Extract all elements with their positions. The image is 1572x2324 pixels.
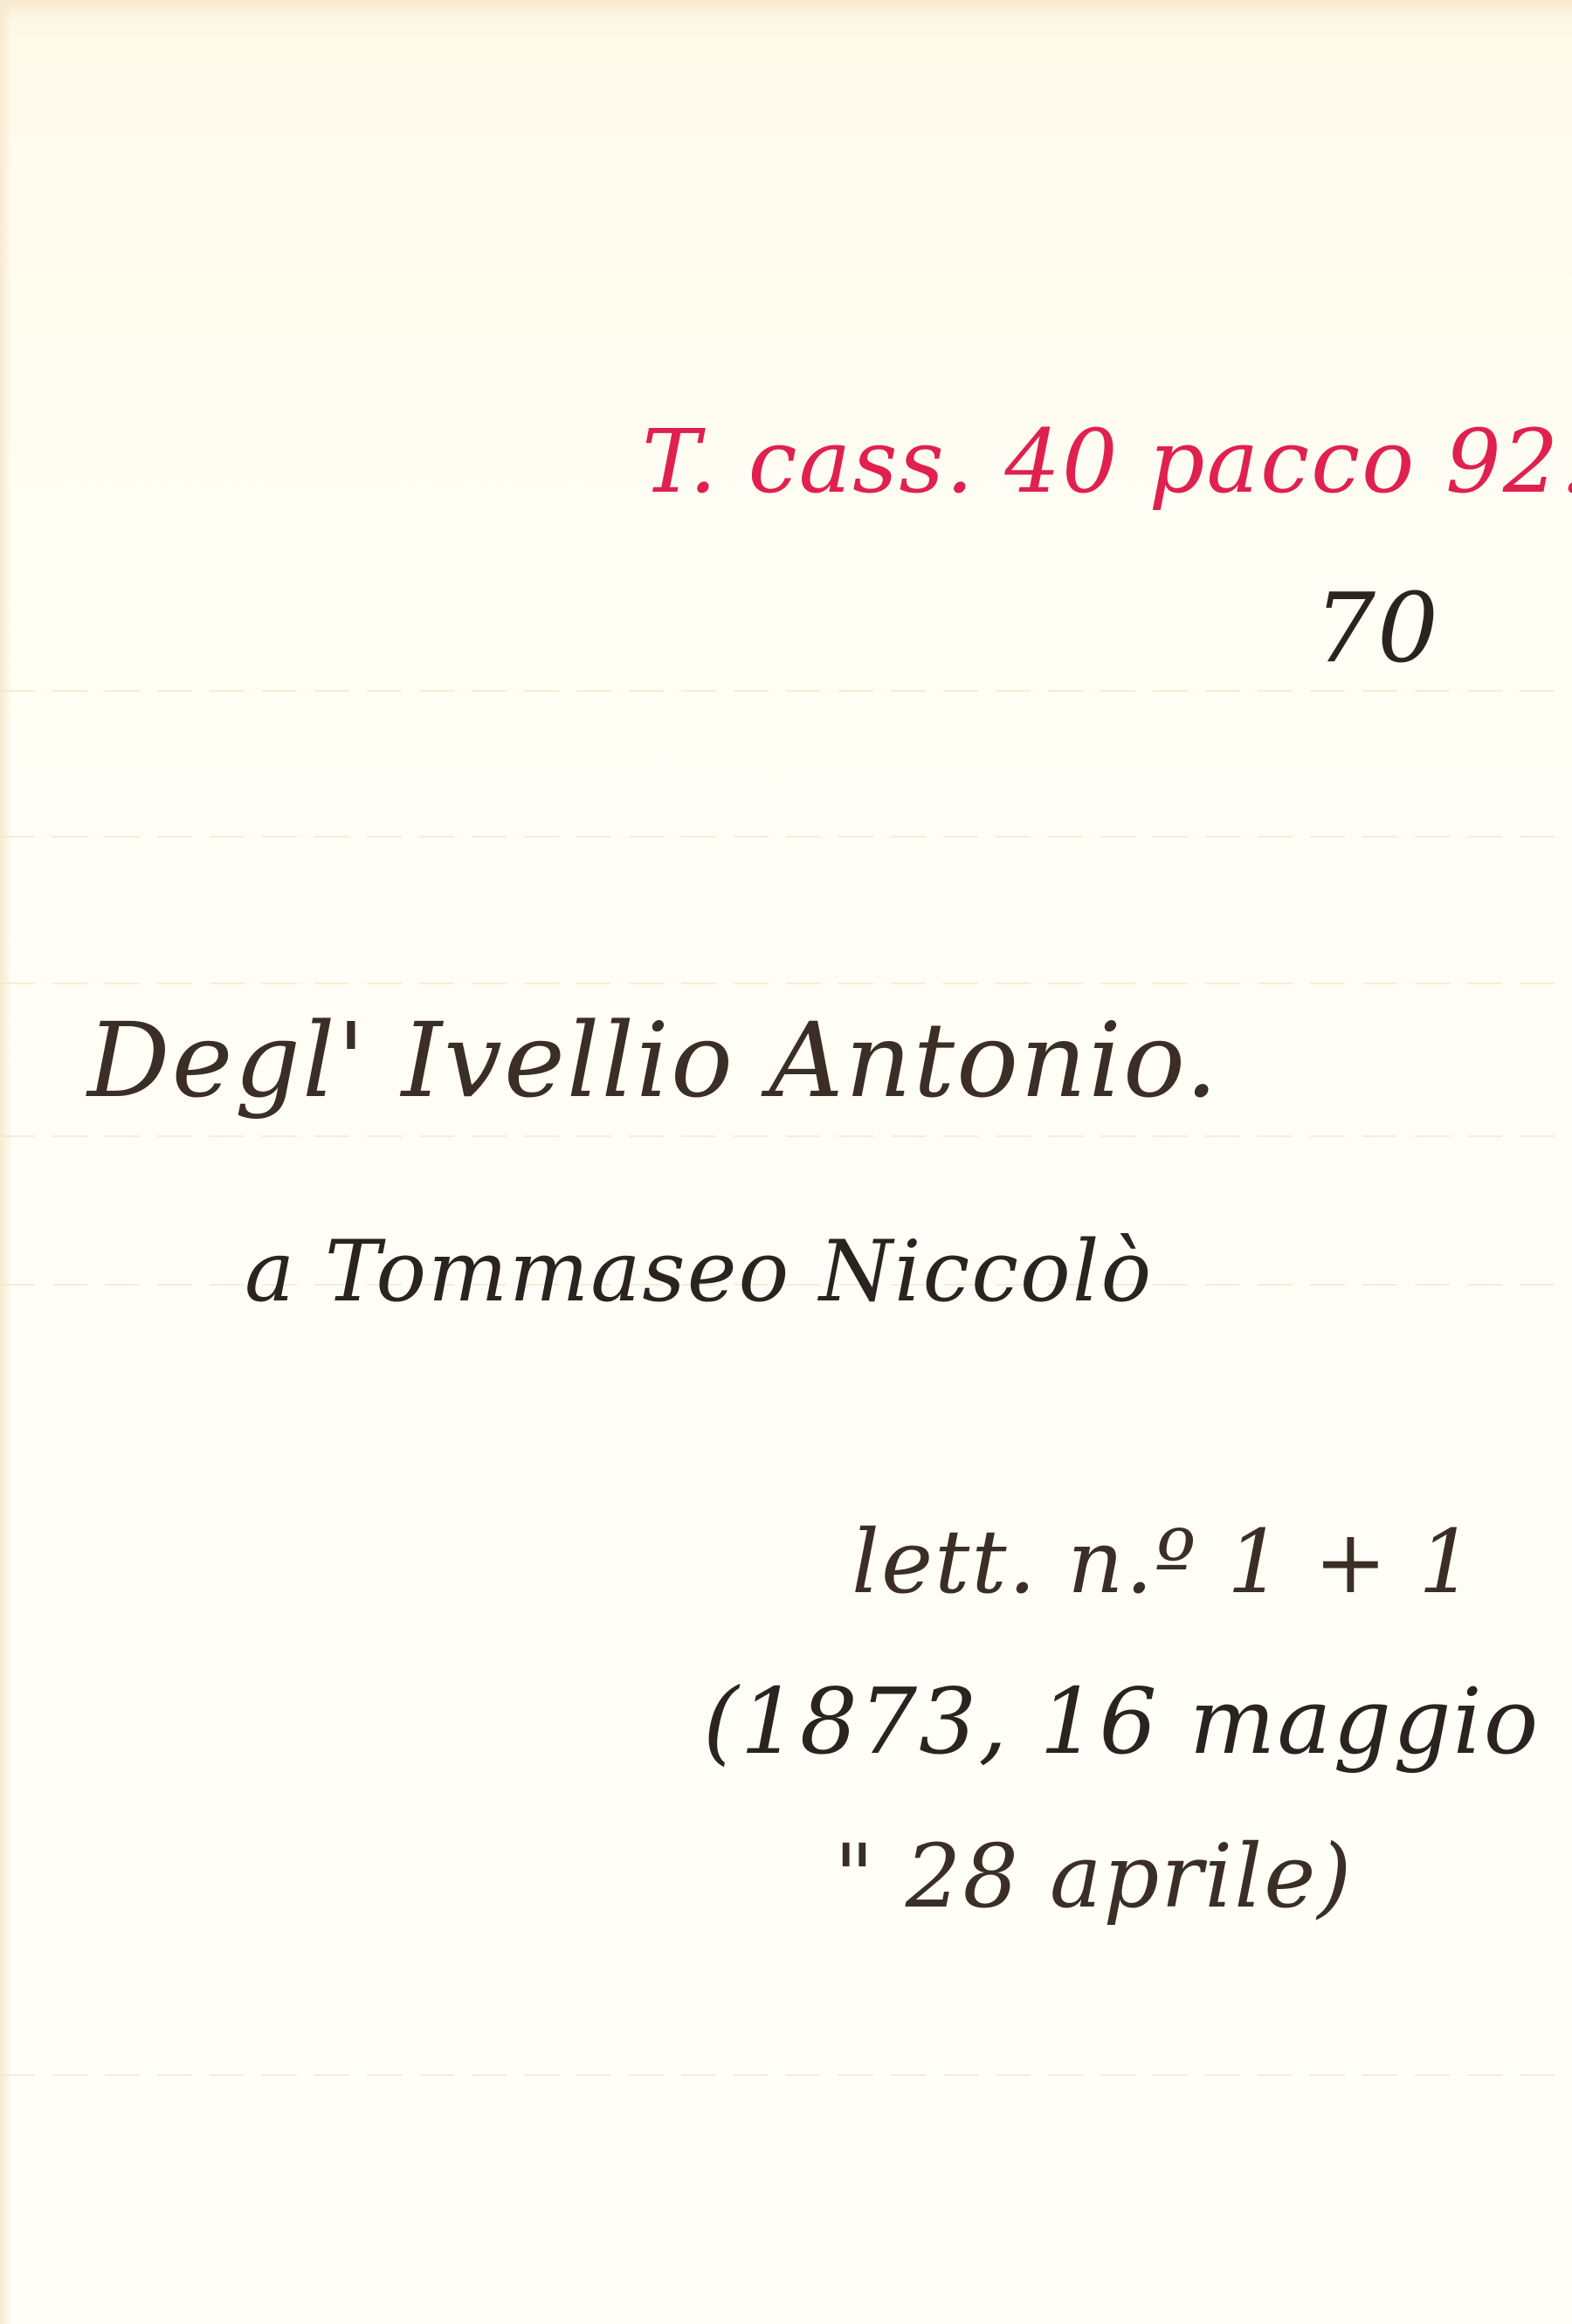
item-number: 70 [1314,572,1440,684]
ruled-line [0,983,1572,984]
recipient-name: a Tommaseo Niccolò [245,1223,1153,1321]
date-range-line-1: (1873, 16 maggio [703,1668,1540,1775]
ruled-line [0,690,1572,692]
ruled-line [0,836,1572,838]
ruled-line [0,1135,1572,1137]
paper-edge-shadow [0,0,12,2324]
index-card: T. cass. 40 pacco 92. 70 Degl' Ivellio A… [0,0,1572,2324]
ruled-line [0,2074,1572,2076]
sender-name: Degl' Ivellio Antonio. [87,1000,1219,1121]
letters-count: lett. n.º 1 + 1 [851,1511,1476,1613]
archive-reference: T. cass. 40 pacco 92. [642,410,1572,513]
date-range-line-2: " 28 aprile) [834,1825,1353,1927]
